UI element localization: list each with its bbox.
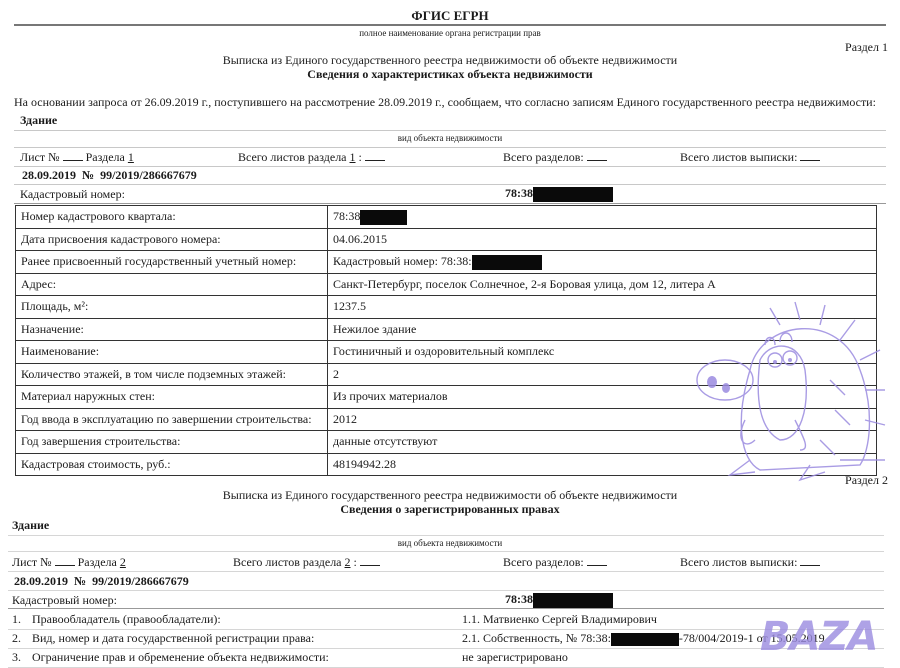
property-value-text: 1237.5 <box>333 299 366 313</box>
object-type: Здание <box>20 113 57 128</box>
total-sheets-section-2: Всего листов раздела 2 : <box>233 555 380 570</box>
property-row: Дата присвоения кадастрового номера:04.0… <box>16 228 877 251</box>
property-row: Ранее присвоенный государственный учетны… <box>16 251 877 274</box>
total-sheets-section-label: Всего листов раздела <box>238 150 347 164</box>
property-key: Кадастровая стоимость, руб.: <box>16 453 328 476</box>
property-key: Количество этажей, в том числе подземных… <box>16 363 328 386</box>
cadastral-value-2: 78:38 <box>505 592 613 608</box>
divider <box>14 130 886 131</box>
rights-value-prefix: Собственность, № 78:38: <box>483 631 611 645</box>
redaction-block <box>360 210 407 225</box>
property-value: 48194942.28 <box>328 453 877 476</box>
property-key: Год завершения строительства: <box>16 431 328 454</box>
sheet-info-2: Лист № Раздела 2 <box>12 555 126 570</box>
baza-logo: BAZA <box>760 614 877 660</box>
blank <box>800 150 820 161</box>
divider <box>8 648 884 649</box>
divider <box>14 166 886 167</box>
divider <box>8 571 884 572</box>
divider <box>8 551 884 552</box>
property-row: Наименование:Гостиничный и оздоровительн… <box>16 341 877 364</box>
blank <box>587 555 607 566</box>
divider <box>8 629 884 630</box>
property-value: Из прочих материалов <box>328 386 877 409</box>
redaction-block <box>533 593 613 608</box>
section-of-label: Раздела <box>78 555 117 569</box>
total-sections-label: Всего разделов: <box>503 150 584 164</box>
object-type-caption: вид объекта недвижимости <box>0 133 900 143</box>
section2-label: Раздел 2 <box>845 473 888 488</box>
num-sign: № <box>74 574 86 588</box>
property-row: Кадастровая стоимость, руб.:48194942.28 <box>16 453 877 476</box>
org-title: ФГИС ЕГРН <box>0 8 900 24</box>
property-value: 2 <box>328 363 877 386</box>
total-sections-2: Всего разделов: <box>503 555 607 570</box>
property-key: Ранее присвоенный государственный учетны… <box>16 251 328 274</box>
property-row: Количество этажей, в том числе подземных… <box>16 363 877 386</box>
property-value: Санкт-Петербург, поселок Солнечное, 2-я … <box>328 273 877 296</box>
property-value-text: 48194942.28 <box>333 457 396 471</box>
property-value-text: 2012 <box>333 412 357 426</box>
divider <box>14 184 886 185</box>
property-value-text: Кадастровый номер: 78:38: <box>333 254 472 268</box>
property-row: Год завершения строительства:данные отсу… <box>16 431 877 454</box>
doc-date: 28.09.2019 <box>22 168 76 182</box>
property-value: 04.06.2015 <box>328 228 877 251</box>
total-sheets-section: Всего листов раздела 1 : <box>238 150 385 165</box>
property-key: Номер кадастрового квартала: <box>16 206 328 229</box>
blank <box>55 555 75 566</box>
doc-date-number-2: 28.09.2019 № 99/2019/286667679 <box>14 574 189 589</box>
rights-key: Вид, номер и дата государственной регист… <box>32 631 314 646</box>
divider <box>14 147 886 148</box>
divider <box>8 535 884 536</box>
rights-value-num: 1.1. <box>462 612 480 626</box>
sheet-blank <box>63 150 83 161</box>
total-sheets-section-num: 1 <box>350 150 356 164</box>
blank <box>360 555 380 566</box>
section1-subtitle: Сведения о характеристиках объекта недви… <box>0 67 900 82</box>
property-key: Назначение: <box>16 318 328 341</box>
object-type-caption-2: вид объекта недвижимости <box>0 538 900 548</box>
property-value: Гостиничный и оздоровительный комплекс <box>328 341 877 364</box>
blank <box>587 150 607 161</box>
property-value: 2012 <box>328 408 877 431</box>
header-divider <box>14 24 886 26</box>
property-row: Номер кадастрового квартала:78:38 <box>16 206 877 229</box>
section1-title: Выписка из Единого государственного реес… <box>0 53 900 68</box>
property-value-text: Из прочих материалов <box>333 389 448 403</box>
rights-value-text: не зарегистрировано <box>462 650 568 664</box>
doc-number: 99/2019/286667679 <box>92 574 189 588</box>
section-of-label: Раздела <box>86 150 125 164</box>
properties-table: Номер кадастрового квартала:78:38Дата пр… <box>15 205 877 476</box>
org-caption: полное наименование органа регистрации п… <box>0 28 900 38</box>
section-num: 2 <box>120 555 126 569</box>
total-sections: Всего разделов: <box>503 150 607 165</box>
property-value-text: данные отсутствуют <box>333 434 437 448</box>
divider <box>8 590 884 591</box>
object-type-2: Здание <box>12 518 49 533</box>
rights-num: 1. <box>12 612 21 627</box>
total-sheets-section-num: 2 <box>345 555 351 569</box>
property-value: 78:38 <box>328 206 877 229</box>
property-value: Кадастровый номер: 78:38: <box>328 251 877 274</box>
property-key: Адрес: <box>16 273 328 296</box>
sheet-label: Лист № <box>12 555 52 569</box>
doc-number: 99/2019/286667679 <box>100 168 197 182</box>
request-intro: На основании запроса от 26.09.2019 г., п… <box>14 95 876 110</box>
property-value-text: Гостиничный и оздоровительный комплекс <box>333 344 554 358</box>
property-value: 1237.5 <box>328 296 877 319</box>
divider <box>8 608 884 609</box>
property-value-text: 04.06.2015 <box>333 232 387 246</box>
rights-value: не зарегистрировано <box>462 650 568 665</box>
property-value: Нежилое здание <box>328 318 877 341</box>
cadastral-value: 78:38 <box>505 186 613 202</box>
cadastral-value-text: 78:38 <box>505 186 533 200</box>
cadastral-label-2: Кадастровый номер: <box>12 593 117 608</box>
rights-num: 3. <box>12 650 21 665</box>
rights-value: 1.1. Матвиенко Сергей Владимирович <box>462 612 657 627</box>
total-sheets-section-label: Всего листов раздела <box>233 555 342 569</box>
total-sheets-label: Всего листов выписки: <box>680 150 797 164</box>
section2-subtitle: Сведения о зарегистрированных правах <box>0 502 900 517</box>
total-sheets-2: Всего листов выписки: <box>680 555 820 570</box>
doc-date: 28.09.2019 <box>14 574 68 588</box>
total-sheets-label: Всего листов выписки: <box>680 555 797 569</box>
property-row: Площадь, м²:1237.5 <box>16 296 877 319</box>
property-value-text: Нежилое здание <box>333 322 416 336</box>
property-value-text: 78:38 <box>333 209 360 223</box>
num-sign: № <box>82 168 94 182</box>
section-num: 1 <box>128 150 134 164</box>
property-key: Год ввода в эксплуатацию по завершении с… <box>16 408 328 431</box>
rights-key: Правообладатель (правообладатели): <box>32 612 221 627</box>
redaction-block <box>533 187 613 202</box>
divider <box>14 203 886 204</box>
property-row: Адрес:Санкт-Петербург, поселок Солнечное… <box>16 273 877 296</box>
rights-num: 2. <box>12 631 21 646</box>
redaction-block <box>611 633 679 646</box>
property-row: Материал наружных стен:Из прочих материа… <box>16 386 877 409</box>
property-row: Назначение:Нежилое здание <box>16 318 877 341</box>
rights-key: Ограничение прав и обременение объекта н… <box>32 650 329 665</box>
doc-date-number: 28.09.2019 № 99/2019/286667679 <box>22 168 197 183</box>
cadastral-label: Кадастровый номер: <box>20 187 125 202</box>
total-sections-label: Всего разделов: <box>503 555 584 569</box>
sheet-info: Лист № Раздела 1 <box>20 150 134 165</box>
property-key: Материал наружных стен: <box>16 386 328 409</box>
property-value: данные отсутствуют <box>328 431 877 454</box>
sheet-label: Лист № <box>20 150 60 164</box>
property-row: Год ввода в эксплуатацию по завершении с… <box>16 408 877 431</box>
blank <box>800 555 820 566</box>
total-sheets: Всего листов выписки: <box>680 150 820 165</box>
rights-value-num: 2.1. <box>462 631 480 645</box>
rights-value-text: Матвиенко Сергей Владимирович <box>483 612 657 626</box>
property-key: Наименование: <box>16 341 328 364</box>
property-value-text: Санкт-Петербург, поселок Солнечное, 2-я … <box>333 277 716 291</box>
property-key: Дата присвоения кадастрового номера: <box>16 228 328 251</box>
blank <box>365 150 385 161</box>
section2-title: Выписка из Единого государственного реес… <box>0 488 900 503</box>
property-value-text: 2 <box>333 367 339 381</box>
property-key: Площадь, м²: <box>16 296 328 319</box>
cadastral-value-text: 78:38 <box>505 592 533 606</box>
redaction-block <box>472 255 542 270</box>
